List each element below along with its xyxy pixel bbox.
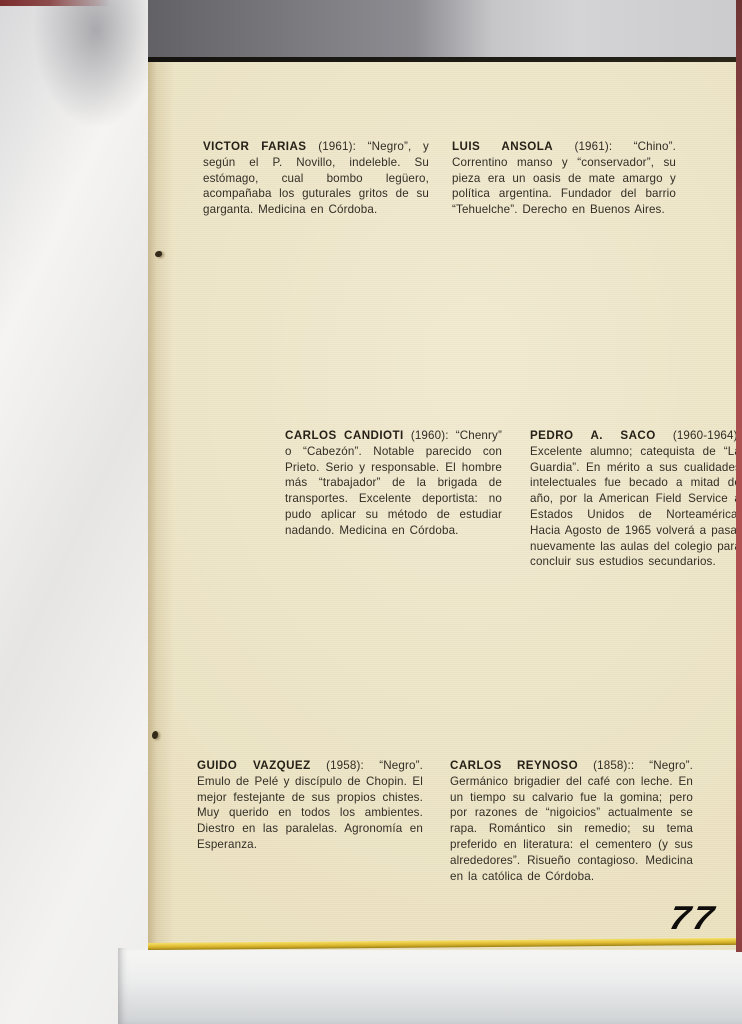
underlying-pages-edge — [118, 948, 742, 1024]
bio-entry-guido-vazquez: GUIDO VAZQUEZ (1958): “Negro”. Emulo de … — [197, 758, 423, 853]
page-number: 77 — [667, 899, 734, 938]
bio-entry-pedro-saco: PEDRO A. SACO (1960-1964): Excelente alu… — [530, 428, 741, 570]
red-cover-edge-right — [736, 0, 742, 952]
person-name: GUIDO VAZQUEZ — [197, 759, 311, 772]
scanner-background-top — [148, 0, 742, 57]
bio-text: (1858):: “Negro”. Germánico brigadier de… — [450, 759, 693, 883]
person-name: VICTOR FARIAS — [203, 140, 307, 153]
yearbook-page: VICTOR FARIAS (1961): “Negro”, y según e… — [148, 57, 742, 950]
person-name: PEDRO A. SACO — [530, 429, 656, 442]
staple-mark-bottom — [152, 731, 158, 739]
person-name: CARLOS CANDIOTI — [285, 429, 404, 442]
bio-entry-victor-farias: VICTOR FARIAS (1961): “Negro”, y según e… — [203, 139, 429, 218]
adjacent-page-edge — [0, 0, 148, 1024]
bio-entry-carlos-reynoso: CARLOS REYNOSO (1858):: “Negro”. Germáni… — [450, 758, 693, 884]
bio-text: (1958): “Negro”. Emulo de Pelé y discípu… — [197, 759, 423, 851]
page-top-shadow-line — [148, 57, 742, 62]
bio-text: (1960): “Chenry” o “Cabezón”. Notable pa… — [285, 429, 502, 537]
bio-entry-carlos-candioti: CARLOS CANDIOTI (1960): “Chenry” o “Cabe… — [285, 428, 502, 539]
red-cover-sliver-top — [0, 0, 110, 6]
person-name: LUIS ANSOLA — [452, 140, 553, 153]
staple-mark-top — [155, 251, 162, 257]
person-name: CARLOS REYNOSO — [450, 759, 578, 772]
bio-entry-luis-ansola: LUIS ANSOLA (1961): “Chino”. Correntino … — [452, 139, 676, 218]
bio-text: (1960-1964): Excelente alumno; catequist… — [530, 429, 741, 568]
